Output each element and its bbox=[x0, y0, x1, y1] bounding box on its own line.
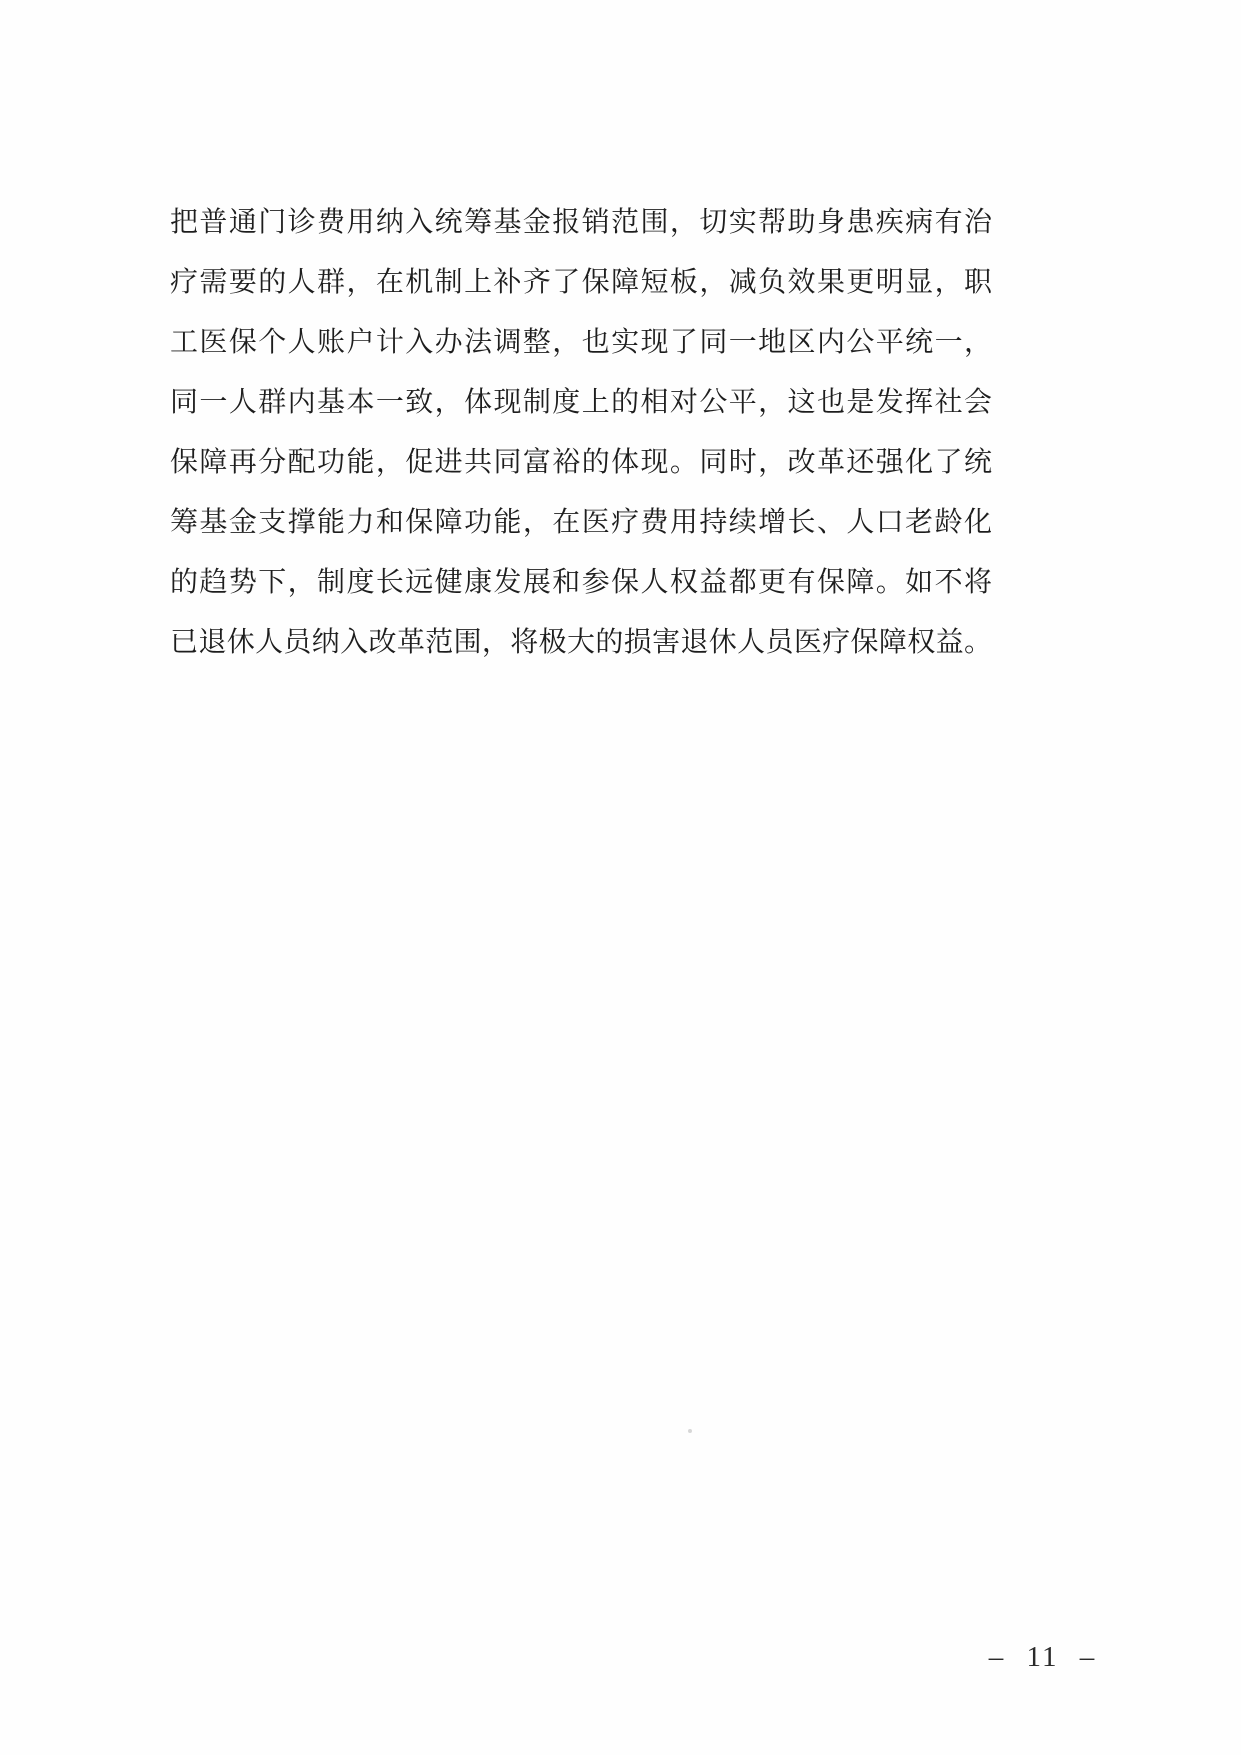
text-line: 保障再分配功能，促进共同富裕的体现。同时，改革还强化了统 bbox=[170, 433, 992, 493]
text-line: 工医保个人账户计入办法调整，也实现了同一地区内公平统一， bbox=[170, 313, 992, 373]
document-page: 把普通门诊费用纳入统筹基金报销范围，切实帮助身患疾病有治 疗需要的人群，在机制上… bbox=[0, 0, 1241, 1755]
page-number: – 11 – bbox=[950, 1641, 1135, 1674]
text-line: 同一人群内基本一致，体现制度上的相对公平，这也是发挥社会 bbox=[170, 373, 992, 433]
text-line: 的趋势下，制度长远健康发展和参保人权益都更有保障。如不将 bbox=[170, 553, 992, 613]
body-paragraph: 把普通门诊费用纳入统筹基金报销范围，切实帮助身患疾病有治 疗需要的人群，在机制上… bbox=[170, 193, 992, 673]
text-line: 把普通门诊费用纳入统筹基金报销范围，切实帮助身患疾病有治 bbox=[170, 193, 992, 253]
text-line: 已退休人员纳入改革范围，将极大的损害退休人员医疗保障权益。 bbox=[170, 613, 992, 673]
text-line: 筹基金支撑能力和保障功能，在医疗费用持续增长、人口老龄化 bbox=[170, 493, 992, 553]
scan-artifact-dot bbox=[688, 1429, 692, 1433]
text-line: 疗需要的人群，在机制上补齐了保障短板，减负效果更明显，职 bbox=[170, 253, 992, 313]
